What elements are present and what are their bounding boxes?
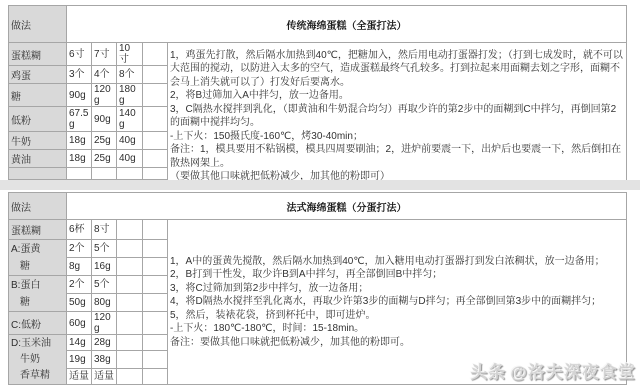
recipe-sheet: 做法 传统海绵蛋糕（全蛋打法） 蛋糕糊 6寸 7寸 10寸 1，鸡蛋先打散，然后… <box>0 0 640 386</box>
instruction-line: 3，C隔热水搅拌到乳化，（即黄油和牛奶混合均匀）再取少许的第2步中的面糊到C中拌… <box>170 103 624 130</box>
ingredient-value <box>143 132 168 150</box>
ingredient-label: 黄油 <box>9 150 67 168</box>
ingredient-value: 2个 <box>67 276 92 294</box>
ingredient-label <box>9 168 67 180</box>
ingredient-label: 糖 <box>9 84 67 107</box>
ingredient-value: 25g <box>92 150 117 168</box>
ingredient-value: 10寸 <box>117 43 143 66</box>
method-header: 做法 <box>9 6 67 43</box>
instruction-line: 4，将D隔热水搅拌至乳化离水，再取少许第3步的面糊与D拌匀；再全部倒回第3步中的… <box>170 295 624 309</box>
recipe-table-french: 做法 法式海绵蛋糕（分蛋打法） 蛋糕糊 6杯 8寸 1，A中的蛋黄先搅散，然后隔… <box>8 192 627 385</box>
ingredient-value: 90g <box>67 84 92 107</box>
instruction-line: 1，A中的蛋黄先搅散，然后隔水加热到40℃，加入糖用电动打蛋器打到发白浓稠状，放… <box>170 255 624 269</box>
ingredient-label-group-b: B:蛋白 糖 <box>9 276 67 312</box>
ingredient-value: 50g <box>67 294 92 312</box>
ingredient-value: 60g <box>67 312 92 335</box>
recipe-table-traditional: 做法 传统海绵蛋糕（全蛋打法） 蛋糕糊 6寸 7寸 10寸 1，鸡蛋先打散，然后… <box>8 5 627 190</box>
ingredient-value: 90g <box>92 107 117 132</box>
ingredient-value: 40g <box>117 132 143 150</box>
ingredient-label: 鸡蛋 <box>9 66 67 84</box>
ingredient-value: 7寸 <box>92 43 117 66</box>
ingredient-label: C:低粉 <box>9 312 67 335</box>
instruction-line: 5，然后，装裱花袋，挤到杯托中，即可进炉。 <box>170 309 624 323</box>
table-title: 法式海绵蛋糕（分蛋打法） <box>67 193 627 220</box>
ingredient-label-group-d: D:玉米油 牛奶 香草精 <box>9 335 67 385</box>
ingredient-value: 18g <box>67 132 92 150</box>
ingredient-value <box>143 150 168 168</box>
instruction-line: 1，鸡蛋先打散，然后隔水加热到40℃，把糖加入，然后用电动打蛋器打发；（打到七成… <box>170 49 624 90</box>
instruction-line: 2，B打到干性发，取少许B到A中拌匀，再全部倒回B中拌匀； <box>170 268 624 282</box>
instruction-line: 2，将B过筛加入A中拌匀，放一边备用。 <box>170 89 624 103</box>
ingredient-value: 80g <box>92 294 117 312</box>
ingredient-value: 14g <box>67 335 92 351</box>
ingredient-value: 2个 <box>67 240 92 258</box>
instruction-line: 备注：要做其他口味就把低粉减少，加其他的粉即可。 <box>170 336 624 350</box>
instruction-line: 3，将C过筛加到第2步中拌匀，放一边备用； <box>170 282 624 296</box>
ingredient-value: 5个 <box>92 276 117 294</box>
ingredient-value: 3个 <box>67 66 92 84</box>
instructions-cell: 1，鸡蛋先打散，然后隔水加热到40℃，把糖加入，然后用电动打蛋器打发；（打到七成… <box>168 43 627 190</box>
ingredient-value: 8个 <box>117 66 143 84</box>
ingredient-label-group-a: A:蛋黄 糖 <box>9 240 67 276</box>
instruction-line: -上下火：180℃-180℃，时间：15-18min。 <box>170 322 624 336</box>
ingredient-value: 5个 <box>92 240 117 258</box>
ingredient-label: 低粉 <box>9 107 67 132</box>
divider-band <box>0 180 640 190</box>
instruction-line: 备注：1，模具要用不粘锅模，模具四周要刷油；2，进炉前要震一下，出炉后也要震一下… <box>170 143 624 170</box>
ingredient-value <box>143 107 168 132</box>
instruction-line: -上下火：150摄氏度-160℃，烤30-40min； <box>170 130 624 144</box>
ingredient-label: 蛋糕糊 <box>9 43 67 66</box>
ingredient-value: 67.5g <box>67 107 92 132</box>
ingredient-value <box>143 66 168 84</box>
ingredient-value <box>143 43 168 66</box>
ingredient-value: 6寸 <box>67 43 92 66</box>
ingredient-value <box>143 84 168 107</box>
table-title: 传统海绵蛋糕（全蛋打法） <box>67 6 627 43</box>
ingredient-value: 25g <box>92 132 117 150</box>
ingredient-value: 28g <box>92 335 117 351</box>
ingredient-value: 16g <box>92 258 117 276</box>
ingredient-value: 120g <box>92 312 117 335</box>
ingredient-value: 适量 <box>67 368 92 384</box>
ingredient-value: 18g <box>67 150 92 168</box>
ingredient-value: 6杯 <box>67 220 92 240</box>
ingredient-value: 8寸 <box>92 220 117 240</box>
ingredient-label: 蛋糕糊 <box>9 220 67 240</box>
toutiao-logo: 头条 <box>470 363 506 382</box>
ingredient-label: 牛奶 <box>9 132 67 150</box>
ingredient-value: 140g <box>117 107 143 132</box>
ingredient-value: 19g <box>67 351 92 368</box>
ingredient-value: 120g <box>92 84 117 107</box>
ingredient-value: 适量 <box>92 368 117 384</box>
ingredient-value: 40g <box>117 150 143 168</box>
ingredient-value: 38g <box>92 351 117 368</box>
ingredient-value: 8g <box>67 258 92 276</box>
watermark: 头条@洛夫深夜食堂 <box>470 358 636 383</box>
watermark-handle: @洛夫深夜食堂 <box>510 363 636 382</box>
ingredient-value: 4个 <box>92 66 117 84</box>
ingredient-value: 180g <box>117 84 143 107</box>
method-header: 做法 <box>9 193 67 220</box>
